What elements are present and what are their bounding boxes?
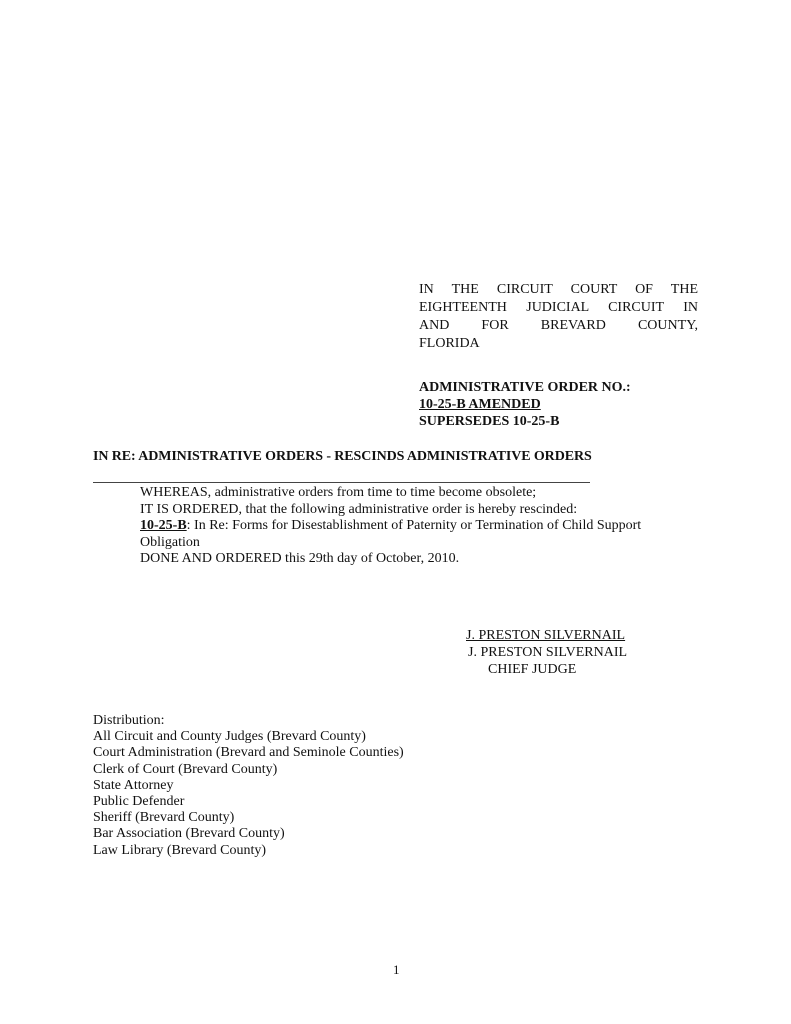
court-caption: IN THE CIRCUIT COURT OF THE EIGHTEENTH J… (419, 281, 698, 353)
printed-name: J. PRESTON SILVERNAIL (466, 644, 627, 661)
distribution-item: Sheriff (Brevard County) (93, 810, 404, 826)
order-number-block: ADMINISTRATIVE ORDER NO.: 10-25-B AMENDE… (419, 379, 631, 430)
order-label: ADMINISTRATIVE ORDER NO.: (419, 379, 631, 396)
ordered-clause: IT IS ORDERED, that the following admini… (140, 502, 740, 519)
in-re-heading: IN RE: ADMINISTRATIVE ORDERS - RESCINDS … (93, 449, 592, 465)
rescinded-order-id: 10-25-B (140, 518, 187, 533)
caption-line: AND FOR BREVARD COUNTY, (419, 317, 698, 335)
distribution-item: All Circuit and County Judges (Brevard C… (93, 729, 404, 745)
order-supersedes: SUPERSEDES 10-25-B (419, 413, 631, 430)
order-body: WHEREAS, administrative orders from time… (140, 485, 740, 568)
distribution-item: Public Defender (93, 794, 404, 810)
distribution-item: Court Administration (Brevard and Semino… (93, 745, 404, 761)
signature-block: J. PRESTON SILVERNAIL J. PRESTON SILVERN… (466, 627, 627, 678)
whereas-clause: WHEREAS, administrative orders from time… (140, 485, 740, 502)
divider-line (93, 482, 590, 483)
distribution-list: Distribution: All Circuit and County Jud… (93, 713, 404, 859)
rescinded-order-desc: : In Re: Forms for Disestablishment of P… (187, 518, 642, 533)
order-number: 10-25-B AMENDED (419, 396, 631, 413)
judge-title: CHIEF JUDGE (466, 661, 627, 678)
signed-name: J. PRESTON SILVERNAIL (466, 627, 627, 644)
distribution-label: Distribution: (93, 713, 404, 729)
done-and-ordered: DONE AND ORDERED this 29th day of Octobe… (140, 551, 740, 568)
distribution-item: Clerk of Court (Brevard County) (93, 762, 404, 778)
distribution-item: State Attorney (93, 778, 404, 794)
rescinded-order-desc-cont: Obligation (140, 535, 740, 552)
page-number: 1 (393, 962, 400, 978)
distribution-item: Bar Association (Brevard County) (93, 826, 404, 842)
rescinded-order: 10-25-B: In Re: Forms for Disestablishme… (140, 518, 740, 535)
caption-line: FLORIDA (419, 335, 698, 353)
caption-line: EIGHTEENTH JUDICIAL CIRCUIT IN (419, 299, 698, 317)
caption-line: IN THE CIRCUIT COURT OF THE (419, 281, 698, 299)
distribution-item: Law Library (Brevard County) (93, 843, 404, 859)
